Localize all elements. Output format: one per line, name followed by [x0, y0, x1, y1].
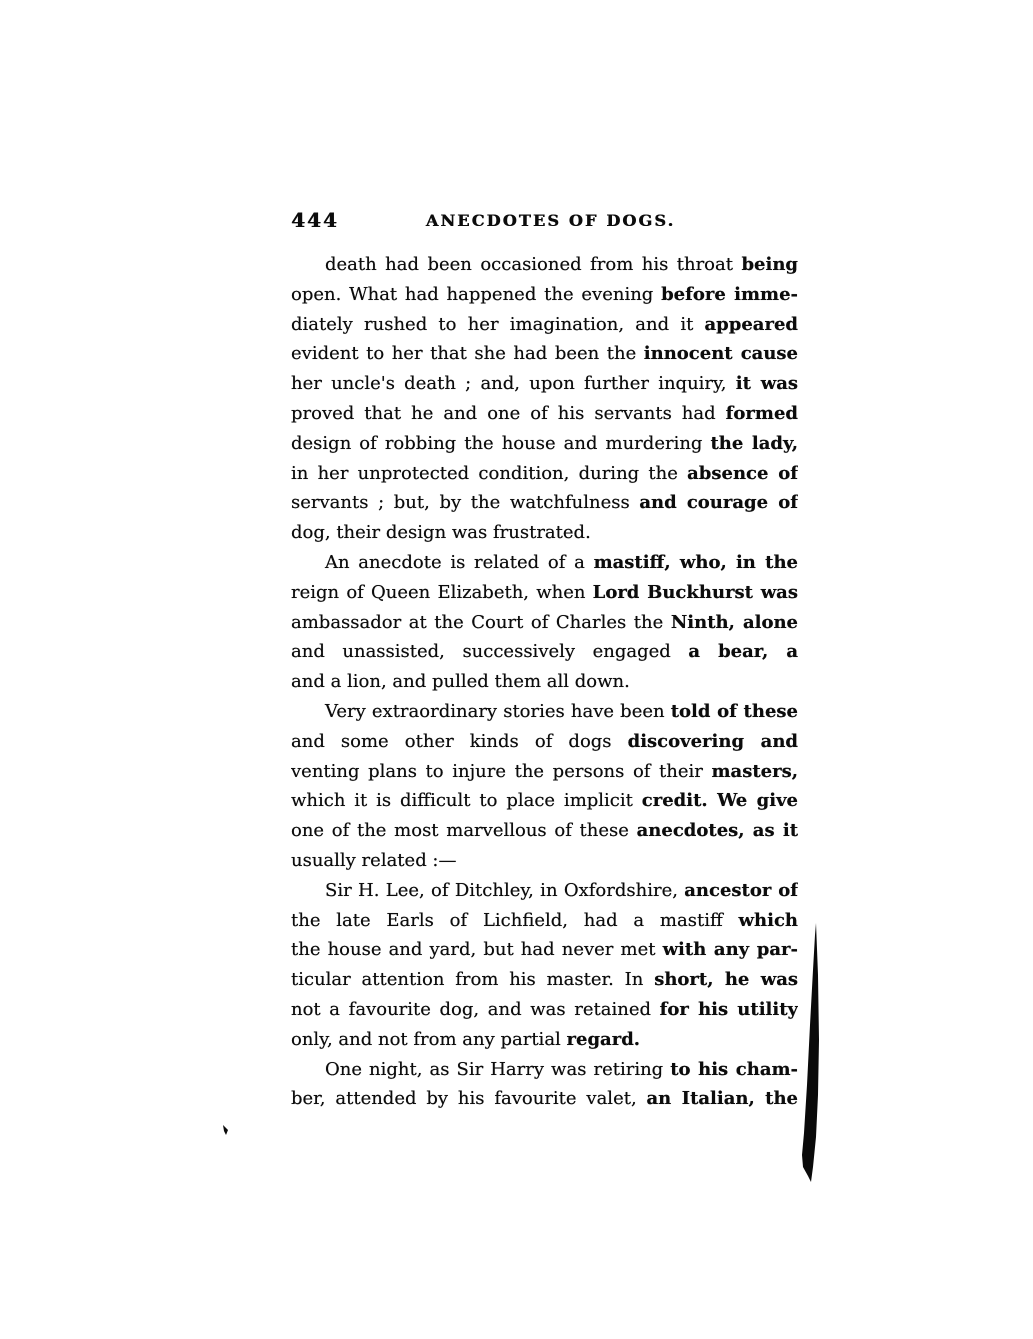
text-segment: not a favourite dog, and was retained — [291, 999, 660, 1020]
text-line: evident to her that she had been the inn… — [291, 339, 798, 369]
text-segment: death had been occasioned from his throa… — [325, 254, 741, 275]
text-segment: diately rushed to her imagination, and i… — [291, 314, 705, 335]
text-segment: reign of Queen Elizabeth, when — [291, 582, 593, 603]
heavy-ink-text-segment: with any par- — [663, 939, 798, 960]
heavy-ink-text-segment: it was — [736, 373, 798, 394]
text-segment: Very extraordinary stories have been — [325, 701, 671, 722]
text-line: the late Earls of Lichfield, had a masti… — [291, 906, 798, 936]
text-segment: only, and not from any partial — [291, 1029, 567, 1050]
text-segment: Sir H. Lee, of Ditchley, in Oxfordshire, — [325, 880, 684, 901]
heavy-ink-text-segment: to his cham- — [670, 1059, 798, 1080]
heavy-ink-text-segment: credit. We give — [642, 790, 798, 811]
paragraph: death had been occasioned from his throa… — [291, 250, 798, 548]
heavy-ink-text-segment: Ninth, alone — [671, 612, 798, 633]
text-line: proved that he and one of his servants h… — [291, 399, 798, 429]
paragraph: Sir H. Lee, of Ditchley, in Oxfordshire,… — [291, 876, 798, 1055]
text-segment: ticular attention from his master. In — [291, 969, 654, 990]
text-segment: the house and yard, but had never met — [291, 939, 663, 960]
text-segment: dog, their design was frustrated. — [291, 522, 591, 543]
text-line: open. What had happened the evening befo… — [291, 280, 798, 310]
text-segment: ber, attended by his favourite valet, — [291, 1088, 647, 1109]
text-segment: and unassisted, successively engaged — [291, 641, 688, 662]
text-segment: and a lion, and pulled them all down. — [291, 671, 630, 692]
text-line: design of robbing the house and murderin… — [291, 429, 798, 459]
text-line: Very extraordinary stories have been tol… — [291, 697, 798, 727]
heavy-ink-text-segment: an Italian, the — [647, 1088, 798, 1109]
text-line: and some other kinds of dogs discovering… — [291, 727, 798, 757]
text-line: dog, their design was frustrated. — [291, 518, 798, 548]
text-line: ber, attended by his favourite valet, an… — [291, 1084, 798, 1114]
text-line: ticular attention from his master. In sh… — [291, 965, 798, 995]
text-segment: one of the most marvellous of these — [291, 820, 637, 841]
text-line: death had been occasioned from his throa… — [291, 250, 798, 280]
text-line: and unassisted, successively engaged a b… — [291, 637, 798, 667]
text-line: which it is difficult to place implicit … — [291, 786, 798, 816]
heavy-ink-text-segment: the lady, — [710, 433, 798, 454]
heavy-ink-text-segment: Lord Buckhurst was — [593, 582, 798, 603]
text-segment: in her unprotected condition, during the — [291, 463, 687, 484]
paragraph: An anecdote is related of a mastiff, who… — [291, 548, 798, 697]
text-line: ambassador at the Court of Charles the N… — [291, 608, 798, 638]
text-segment: One night, as Sir Harry was retiring — [325, 1059, 670, 1080]
heavy-ink-text-segment: regard. — [567, 1029, 641, 1050]
page-number: 444 — [291, 208, 339, 232]
text-segment: the late Earls of Lichfield, had a masti… — [291, 910, 739, 931]
text-segment: open. What had happened the evening — [291, 284, 661, 305]
text-line: one of the most marvellous of these anec… — [291, 816, 798, 846]
text-line: reign of Queen Elizabeth, when Lord Buck… — [291, 578, 798, 608]
text-line: venting plans to injure the persons of t… — [291, 757, 798, 787]
heavy-ink-text-segment: ancestor of — [684, 880, 798, 901]
text-segment: An anecdote is related of a — [325, 552, 594, 573]
paragraph: One night, as Sir Harry was retiring to … — [291, 1055, 798, 1115]
text-segment: usually related :— — [291, 850, 457, 871]
text-segment: venting plans to injure the persons of t… — [291, 761, 712, 782]
ink-speck-artifact — [219, 1122, 233, 1138]
text-segment: and some other kinds of dogs — [291, 731, 628, 752]
text-segment: evident to her that she had been the — [291, 343, 644, 364]
text-line: not a favourite dog, and was retained fo… — [291, 995, 798, 1025]
text-line: in her unprotected condition, during the… — [291, 459, 798, 489]
paragraph: Very extraordinary stories have been tol… — [291, 697, 798, 876]
heavy-ink-text-segment: short, he was — [654, 969, 798, 990]
text-segment: proved that he and one of his servants h… — [291, 403, 726, 424]
text-segment: her uncle's death ; and, upon further in… — [291, 373, 736, 394]
heavy-ink-text-segment: for his utility — [660, 999, 798, 1020]
text-block: death had been occasioned from his throa… — [291, 250, 798, 1114]
text-segment: servants ; but, by the watchfulness — [291, 492, 639, 513]
text-line: and a lion, and pulled them all down. — [291, 667, 798, 697]
heavy-ink-text-segment: told of these — [671, 701, 798, 722]
running-header: 444 ANECDOTES OF DOGS. — [291, 208, 798, 232]
text-segment: ambassador at the Court of Charles the — [291, 612, 671, 633]
text-line: her uncle's death ; and, upon further in… — [291, 369, 798, 399]
text-line: servants ; but, by the watchfulness and … — [291, 488, 798, 518]
text-line: usually related :— — [291, 846, 798, 876]
page-title: ANECDOTES OF DOGS. — [426, 211, 676, 230]
text-segment: design of robbing the house and murderin… — [291, 433, 710, 454]
text-line: the house and yard, but had never met wi… — [291, 935, 798, 965]
text-line: only, and not from any partial regard. — [291, 1025, 798, 1055]
text-line: An anecdote is related of a mastiff, who… — [291, 548, 798, 578]
text-line: Sir H. Lee, of Ditchley, in Oxfordshire,… — [291, 876, 798, 906]
heavy-ink-text-segment: before imme- — [661, 284, 798, 305]
text-line: One night, as Sir Harry was retiring to … — [291, 1055, 798, 1085]
heavy-ink-text-segment: mastiff, who, in the — [594, 552, 798, 573]
text-line: diately rushed to her imagination, and i… — [291, 310, 798, 340]
scan-gutter-shadow-artifact — [795, 915, 835, 1205]
text-segment: which it is difficult to place implicit — [291, 790, 642, 811]
book-page: 444 ANECDOTES OF DOGS. death had been oc… — [0, 0, 1033, 1339]
